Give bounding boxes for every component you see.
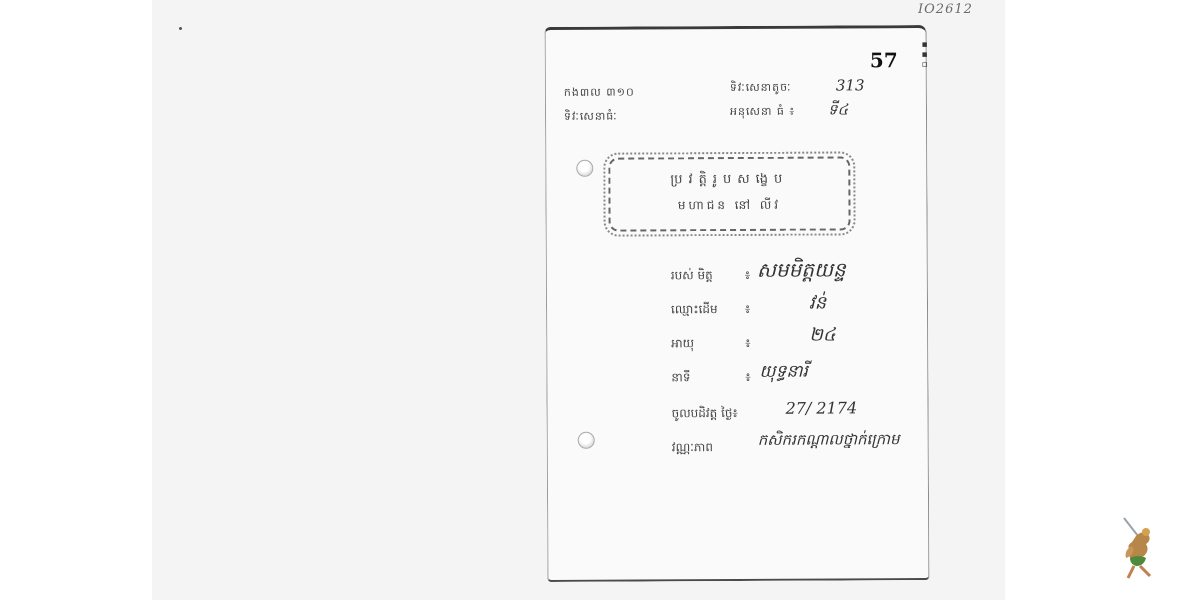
field-colon: ៖: [745, 335, 750, 353]
field-colon: ៖: [745, 267, 750, 285]
sub-section-label: អនុសេនា ធំ ៖: [730, 105, 795, 121]
field-value-role: យុទ្ធនារី: [759, 361, 808, 386]
archive-id: IO2612: [918, 2, 973, 17]
field-label-class-status: វណ្ណៈភាព: [672, 439, 713, 457]
field-colon: ៖: [745, 369, 750, 387]
field-value-original-name: វន់: [809, 291, 826, 318]
title-frame: ប្រវត្តិរូបសង្ខេប មហាជន នៅ លីវ: [608, 156, 850, 231]
field-label-role: នាទី: [671, 369, 690, 387]
hanuman-warrior-logo-icon: [1122, 516, 1158, 586]
field-label-joined-revolution: ចូលបដិវត្ត ថ្ងៃ៖: [672, 405, 738, 423]
punch-hole-bottom: [578, 432, 595, 449]
code-label: កង៣ល ៣១០: [564, 86, 635, 102]
sub-section-value: ទី៤: [828, 100, 848, 122]
biography-card: 57 ▪▪▫ កង៣ល ៣១០ ទិវៈសេនាធំៈ ទិវៈសេនាតូចៈ…: [545, 25, 930, 582]
title-line-1: ប្រវត្តិរូបសង្ខេប: [610, 170, 848, 190]
title-line-2: មហាជន នៅ លីវ: [610, 196, 848, 215]
field-label-friend: របស់ មិត្ត: [671, 267, 713, 285]
field-label-age: អាយុ: [671, 335, 694, 353]
page-number: 57: [870, 48, 898, 72]
small-section-label: ទិវៈសេនាតូចៈ: [730, 81, 792, 97]
field-value-joined-date: 27/ 2174: [785, 398, 857, 417]
punch-hole-top: [576, 160, 593, 177]
edge-marks: ▪▪▫: [920, 40, 930, 90]
main-section-label: ទិវៈសេនាធំៈ: [564, 110, 618, 126]
field-value-age: ២៤: [809, 322, 836, 349]
scan-speck: [179, 27, 182, 30]
field-label-original-name: ឈ្មោះដើម: [671, 301, 718, 319]
small-section-value: 313: [836, 76, 865, 94]
field-colon: ៖: [745, 301, 750, 319]
field-value-class-status: កសិករកណ្តាលថ្នាក់ក្រោម: [758, 430, 900, 453]
field-value-friend: សមមិត្តយន្ទ: [757, 256, 846, 286]
